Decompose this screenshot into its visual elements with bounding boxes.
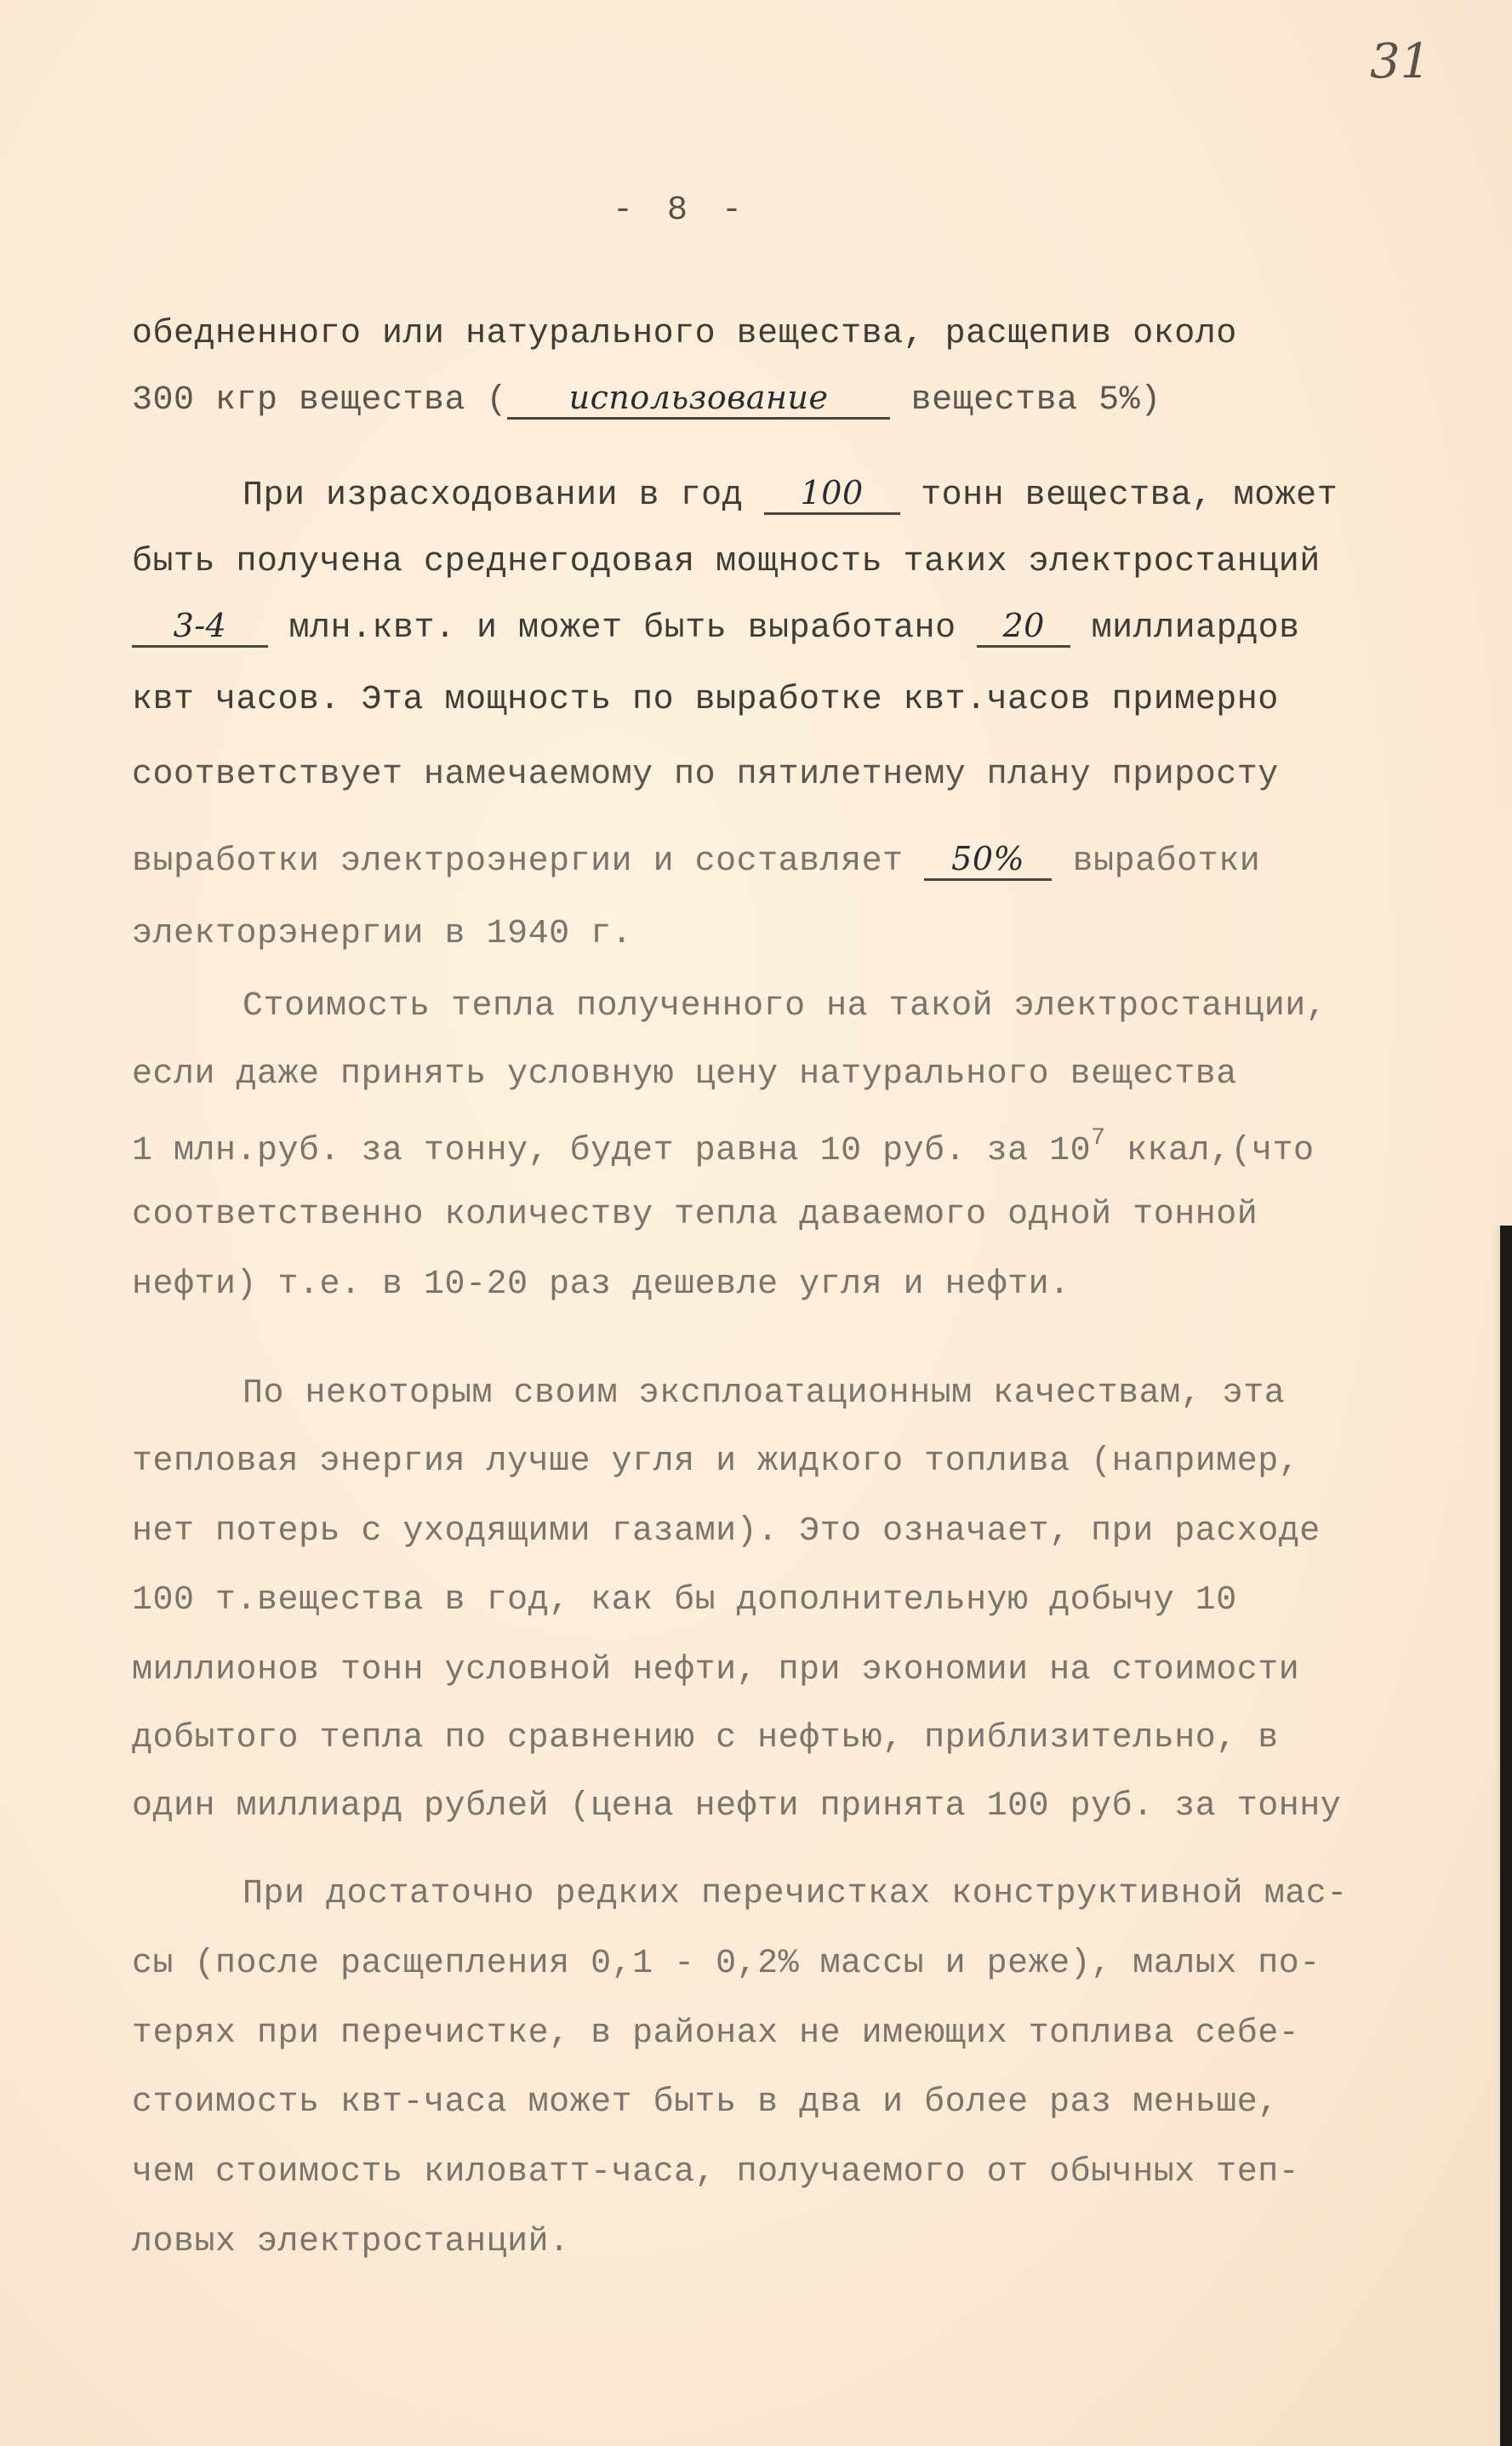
page-number: - 8 -: [613, 191, 749, 230]
text-line: сы (после расщепления 0,1 - 0,2% массы и…: [132, 1945, 1321, 1983]
text-line: чем стоимость киловатт-часа, получаемого…: [132, 2153, 1299, 2192]
text-line: нет потерь с уходящими газами). Это озна…: [132, 1512, 1321, 1551]
text-line: если даже принять условную цену натураль…: [132, 1055, 1237, 1094]
text-line: 100 т.вещества в год, как бы дополнитель…: [132, 1581, 1237, 1620]
text-line: квт часов. Эта мощность по выработке квт…: [132, 681, 1279, 719]
text-line: 3-4 млн.квт. и может быть выработано 20 …: [132, 609, 1300, 648]
text-line: добытого тепла по сравнению с нефтью, пр…: [132, 1719, 1279, 1757]
text-line: один миллиард рублей (цена нефти принята…: [132, 1787, 1341, 1826]
text-segment: 300 кгр вещества (: [132, 381, 507, 420]
text-segment: выработки электроэнергии и составляет: [132, 843, 924, 881]
text-line: 300 кгр вещества (использование вещества…: [132, 381, 1161, 420]
text-line: соответственно количеству тепла даваемог…: [132, 1196, 1258, 1234]
text-segment: млн.квт. и может быть выработано: [268, 609, 977, 648]
text-line: стоимость квт-часа может быть в два и бо…: [132, 2083, 1279, 2122]
text-line: По некоторым своим эксплоатационным каче…: [242, 1374, 1285, 1413]
handwritten-fill-in: 50%: [924, 843, 1052, 881]
handwritten-fill-in: 3-4: [132, 609, 268, 648]
text-line: нефти) т.е. в 10-20 раз дешевле угля и н…: [132, 1266, 1070, 1304]
text-segment: выработки: [1052, 843, 1260, 881]
text-line: соответствует намечаемому по пятилетнему…: [132, 756, 1279, 794]
text-line: При израсходовании в год 100 тонн вещест…: [242, 477, 1338, 515]
text-line: миллионов тонн условной нефти, при эконо…: [132, 1651, 1299, 1689]
handwritten-fill-in: использование: [507, 381, 890, 420]
text-line: При достаточно редких перечистках констр…: [242, 1875, 1348, 1913]
text-line: Стоимость тепла полученного на такой эле…: [242, 987, 1327, 1026]
text-line: ловых электростанций.: [132, 2223, 570, 2261]
text-line: обедненного или натурального вещества, р…: [132, 315, 1237, 353]
text-line: выработки электроэнергии и составляет 50…: [132, 843, 1260, 881]
text-segment: тонн вещества, может: [900, 477, 1338, 515]
text-line: электорэнергии в 1940 г.: [132, 915, 632, 953]
text-line: быть получена среднегодовая мощность так…: [132, 543, 1321, 581]
text-line: тепловая энергия лучше угля и жидкого то…: [132, 1443, 1299, 1481]
handwritten-fill-in: 100: [764, 477, 900, 515]
text-segment: 1 млн.руб. за тонну, будет равна 10 руб.…: [132, 1132, 1091, 1170]
handwritten-fill-in: 20: [977, 609, 1070, 648]
text-segment: При израсходовании в год: [242, 477, 764, 515]
text-segment: ккал,(что: [1106, 1132, 1315, 1170]
page-edge-shadow: [1500, 1226, 1512, 2446]
superscript: 7: [1091, 1125, 1105, 1152]
text-line: терях при перечистке, в районах не имеющ…: [132, 2015, 1299, 2053]
text-segment: вещества 5%): [890, 381, 1161, 420]
text-line: 1 млн.руб. за тонну, будет равна 10 руб.…: [132, 1125, 1315, 1170]
archive-folio-number: 31: [1370, 34, 1430, 89]
text-segment: миллиардов: [1070, 609, 1300, 648]
